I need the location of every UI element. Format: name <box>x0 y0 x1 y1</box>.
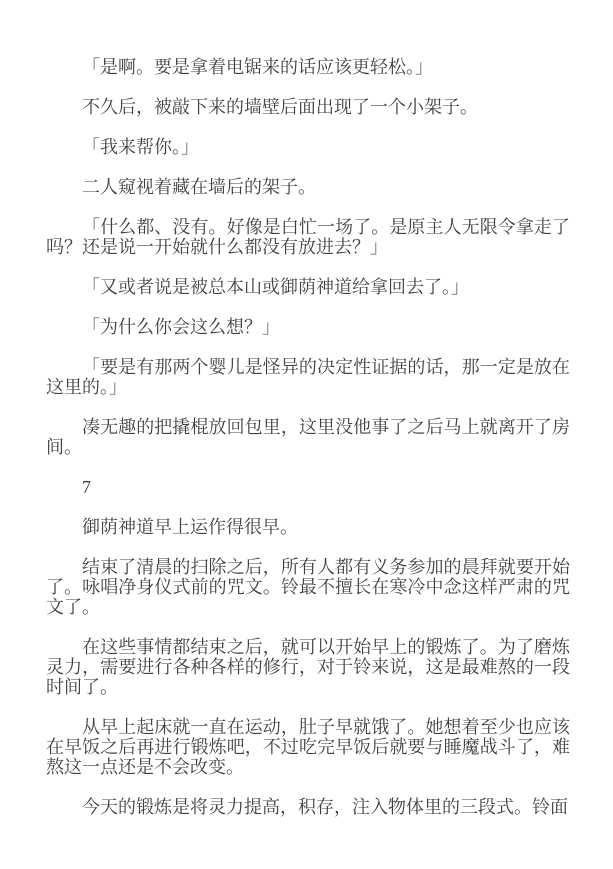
dialogue-paragraph: 「要是有那两个婴儿是怪异的决定性证据的话，那一定是放在这里的。」 <box>46 357 570 397</box>
section-number: 7 <box>46 477 570 497</box>
narration-paragraph: 不久后，被敲下来的墙壁后面出现了一个小架子。 <box>46 97 570 117</box>
dialogue-paragraph: 「我来帮你。」 <box>46 137 570 157</box>
dialogue-paragraph: 「又或者说是被总本山或御荫神道给拿回去了。」 <box>46 277 570 297</box>
narration-paragraph: 从早上起床就一直在运动，肚子早就饿了。她想着至少也应该在早饭之后再进行锻炼吧，不… <box>46 717 570 777</box>
dialogue-paragraph: 「为什么你会这么想？」 <box>46 317 570 337</box>
dialogue-paragraph: 「是啊。要是拿着电锯来的话应该更轻松。」 <box>46 57 570 77</box>
narration-paragraph: 今天的锻炼是将灵力提高，积存，注入物体里的三段式。铃面 <box>46 797 570 817</box>
narration-paragraph: 御荫神道早上运作得很早。 <box>46 517 570 537</box>
narration-paragraph: 在这些事情都结束之后，就可以开始早上的锻炼了。为了磨炼灵力，需要进行各种各样的修… <box>46 637 570 697</box>
narration-paragraph: 结束了清晨的扫除之后，所有人都有义务参加的晨拜就要开始了。咏唱净身仪式前的咒文。… <box>46 557 570 617</box>
dialogue-paragraph: 「什么都、没有。好像是白忙一场了。是原主人无限令拿走了吗？还是说一开始就什么都没… <box>46 217 570 257</box>
narration-paragraph: 凑无趣的把撬棍放回包里，这里没他事了之后马上就离开了房间。 <box>46 417 570 457</box>
narration-paragraph: 二人窥视着藏在墙后的架子。 <box>46 177 570 197</box>
ebook-page: 「是啊。要是拿着电锯来的话应该更轻松。」 不久后，被敲下来的墙壁后面出现了一个小… <box>0 0 613 869</box>
